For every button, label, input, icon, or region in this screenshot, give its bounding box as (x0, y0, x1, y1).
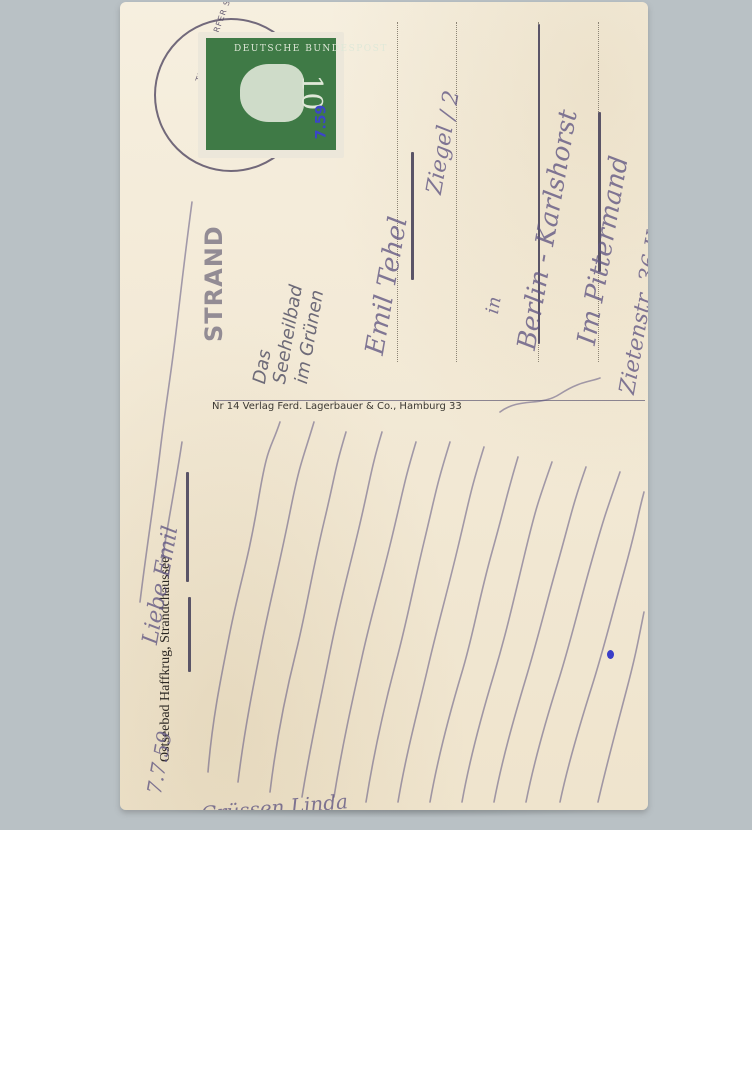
ink-spot (607, 650, 614, 659)
handwriting-scribbles (120, 2, 648, 810)
postcard-back: TIMMENDORFER STR... DEUTSCHE BUNDESPOST … (120, 2, 648, 810)
